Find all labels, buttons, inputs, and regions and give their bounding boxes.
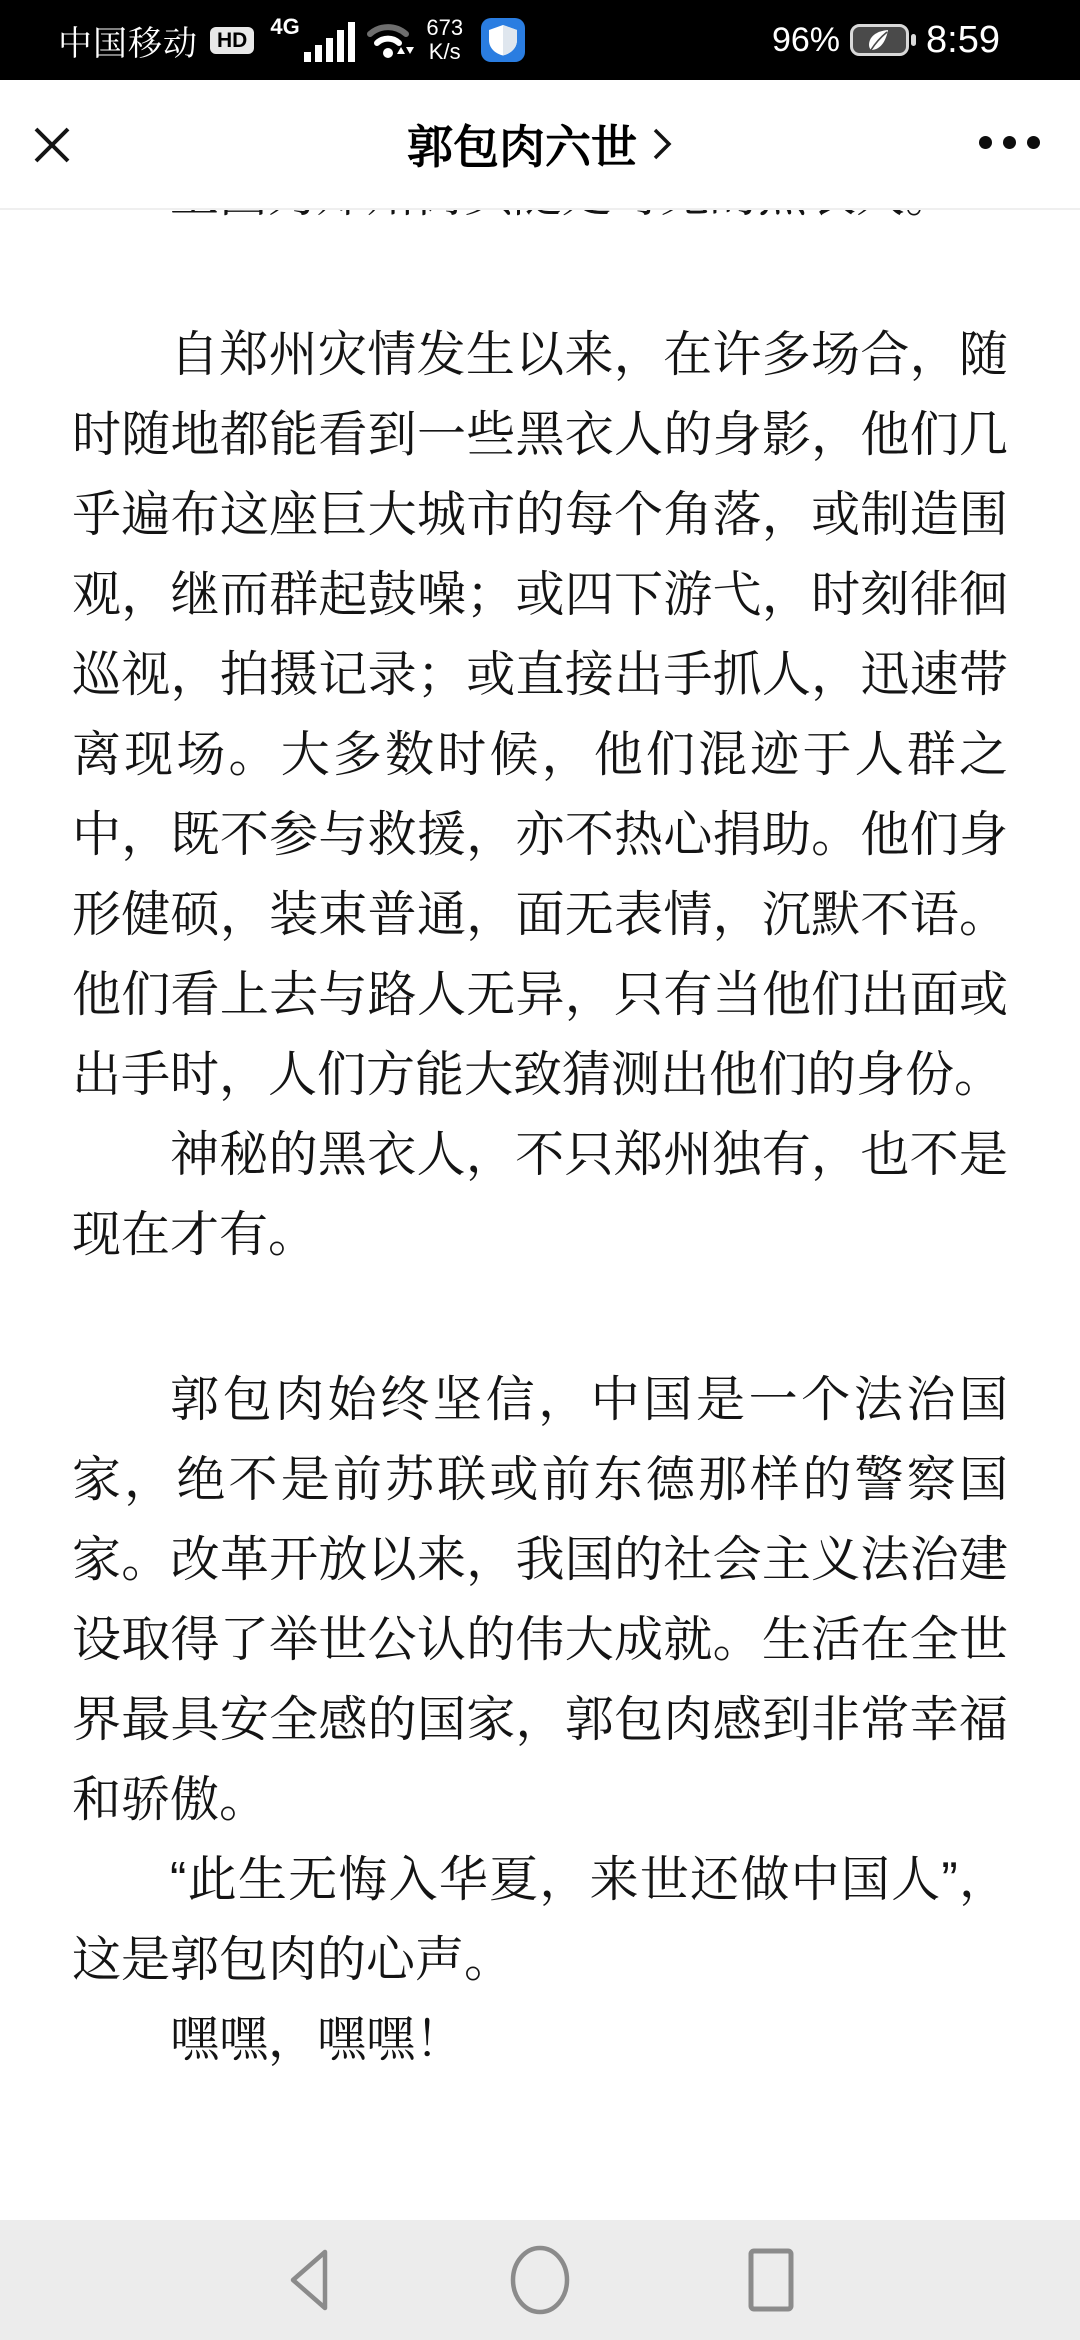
signal-bars-icon — [304, 22, 356, 62]
page-title[interactable]: 郭包肉六世 — [0, 80, 1080, 208]
chevron-right-icon — [651, 126, 673, 162]
article-paragraph: “此生无悔入华夏，来世还做中国人”，这是郭包肉的心声。 — [72, 1840, 1008, 2000]
article-paragraphs: 自郑州灾情发生以来，在许多场合，随时随地都能看到一些黑衣人的身影，他们几乎遍布这… — [72, 315, 1008, 2080]
article-paragraph: 郭包肉始终坚信，中国是一个法治国家，绝不是前苏联或前东德那样的警察国家。改革开放… — [72, 1360, 1008, 1840]
back-triangle-icon — [283, 2247, 335, 2313]
home-circle-icon — [509, 2244, 571, 2316]
ellipsis-dot — [1027, 136, 1040, 149]
clipped-previous-line: 上图为郑州街头随处可见的黑衣人。 — [72, 210, 1008, 220]
wifi-icon — [366, 20, 414, 60]
more-options-button[interactable] — [979, 136, 1040, 149]
article-paragraph: 神秘的黑衣人，不只郑州独有，也不是现在才有。 — [72, 1115, 1008, 1275]
nav-recents-button[interactable] — [738, 2244, 804, 2316]
article-paragraph: 自郑州灾情发生以来，在许多场合，随时随地都能看到一些黑衣人的身影，他们几乎遍布这… — [72, 315, 1008, 1115]
carrier-label: 中国移动 — [58, 16, 198, 65]
network-cluster: 4G — [270, 16, 356, 64]
network-type-label: 4G — [270, 14, 299, 40]
clipped-line-text: 上图为郑州街头随处可见的黑衣人。 — [72, 210, 1008, 220]
article-paragraph: 嘿嘿，嘿嘿！ — [72, 2000, 1008, 2080]
network-speed-value: 673 — [426, 16, 463, 40]
system-nav-bar — [0, 2220, 1080, 2340]
phone-screen: 中国移动 HD 4G — [0, 0, 1080, 2340]
status-bar: 中国移动 HD 4G — [0, 0, 1080, 80]
nav-back-button[interactable] — [276, 2244, 342, 2316]
article-scroll-area[interactable]: 上图为郑州街头随处可见的黑衣人。 自郑州灾情发生以来，在许多场合，随时随地都能看… — [0, 210, 1080, 2220]
clock: 8:59 — [926, 19, 1000, 62]
hd-badge: HD — [210, 27, 254, 54]
network-speed: 673 K/s — [426, 16, 463, 64]
ellipsis-dot — [1003, 136, 1016, 149]
status-right-cluster: 96% 8:59 — [772, 19, 1000, 62]
page-title-text: 郭包肉六世 — [407, 111, 637, 177]
nav-home-button[interactable] — [507, 2244, 573, 2316]
status-left-cluster: 中国移动 HD 4G — [58, 16, 525, 65]
ellipsis-dot — [979, 136, 992, 149]
battery-percent: 96% — [772, 21, 840, 60]
battery-power-save-icon — [850, 24, 916, 56]
security-shield-app-icon — [481, 18, 525, 62]
article-header: 郭包肉六世 — [0, 80, 1080, 210]
network-speed-unit: K/s — [426, 40, 463, 64]
recents-square-icon — [747, 2247, 795, 2313]
